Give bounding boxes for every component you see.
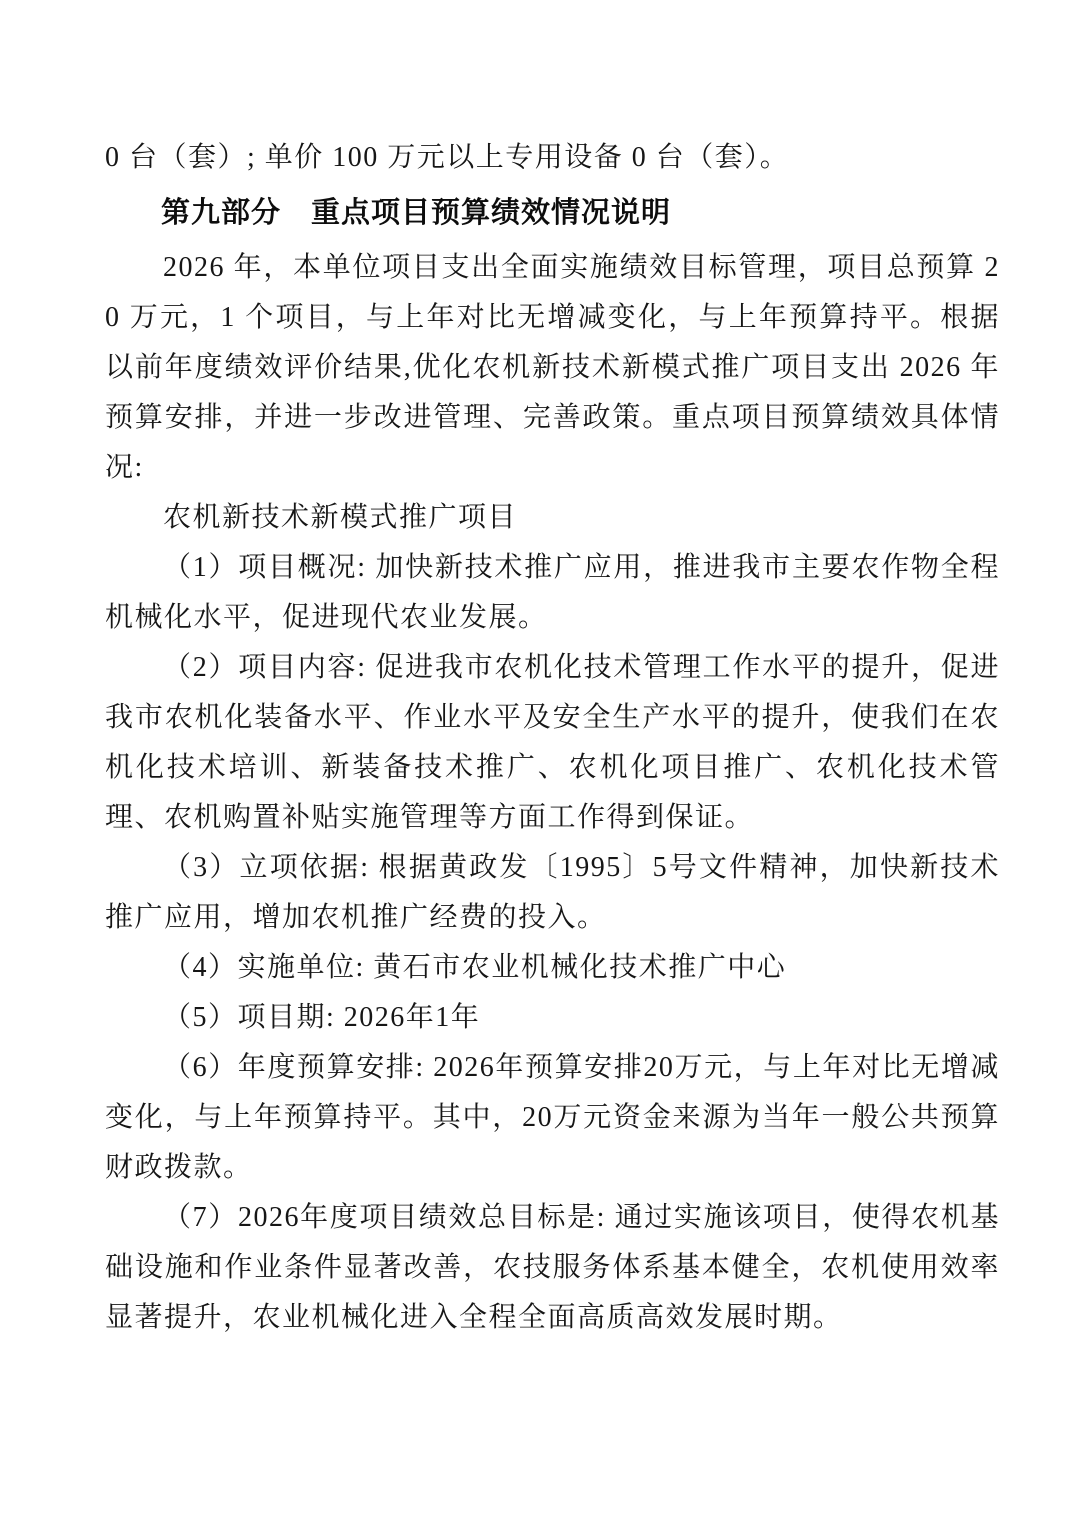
paragraph-item-2-project-content: （2）项目内容: 促进我市农机化技术管理工作水平的提升，促进我市农机化装备水平、… [105, 643, 1000, 843]
paragraph-item-3-project-basis: （3）立项依据: 根据黄政发〔1995〕5号文件精神，加快新技术推广应用，增加农… [105, 843, 1000, 943]
paragraph-continuation: 0 台（套）; 单价 100 万元以上专用设备 0 台（套）。 [105, 133, 1000, 183]
paragraph-item-4-implementing-unit: （4）实施单位: 黄石市农业机械化技术推广中心 [105, 943, 1000, 993]
paragraph-item-1-project-summary: （1）项目概况: 加快新技术推广应用，推进我市主要农作物全程机械化水平，促进现代… [105, 543, 1000, 643]
paragraph-item-7-performance-target: （7）2026年度项目绩效总目标是: 通过实施该项目，使得农机基础设施和作业条件… [105, 1193, 1000, 1343]
paragraph-overview: 2026 年，本单位项目支出全面实施绩效目标管理，项目总预算 20 万元，1 个… [105, 243, 1000, 493]
document-page: 0 台（套）; 单价 100 万元以上专用设备 0 台（套）。 第九部分 重点项… [0, 0, 1074, 1520]
paragraph-item-6-annual-budget: （6）年度预算安排: 2026年预算安排20万元，与上年对比无增减变化，与上年预… [105, 1043, 1000, 1193]
paragraph-item-5-project-period: （5）项目期: 2026年1年 [105, 993, 1000, 1043]
section-heading: 第九部分 重点项目预算绩效情况说明 [105, 188, 1000, 238]
paragraph-project-title: 农机新技术新模式推广项目 [105, 493, 1000, 543]
